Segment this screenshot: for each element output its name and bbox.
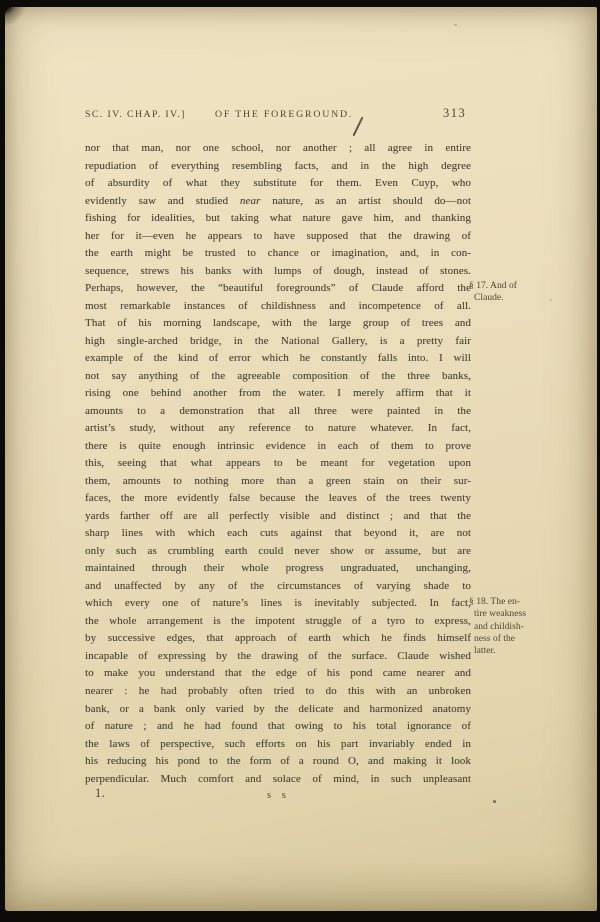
text-line: this, seeing that what appears to be mea…	[85, 455, 471, 473]
margin-note-line: § 17. And of	[469, 280, 577, 292]
header-running-title: OF THE FOREGROUND.	[215, 109, 353, 120]
text-line: only such as crumbling earth could never…	[85, 543, 471, 561]
text-line: of nature ; and he had found that owing …	[85, 718, 471, 736]
header-section-label: SC. IV. CHAP. IV.]	[85, 109, 186, 120]
text-line: nearer : he had probably often tried to …	[85, 683, 471, 701]
text-line: by successive edges, that approach of ea…	[85, 630, 471, 648]
text-line: not say anything of the agreeable compos…	[85, 368, 471, 386]
text-line: amounts to a demonstration that all thre…	[85, 403, 471, 421]
text-line: rising one behind another from the water…	[85, 385, 471, 403]
ink-speck	[454, 24, 457, 26]
text-line: artist’s study, without any reference to…	[85, 420, 471, 438]
text-line: which every one of nature’s lines is ine…	[85, 595, 471, 613]
text-line: bank, or a bank only varied by the delic…	[85, 701, 471, 719]
text-line: his reducing his pond to the form of a r…	[85, 753, 471, 771]
pen-mark	[353, 117, 364, 137]
text-line: example of the kind of error which he co…	[85, 350, 471, 368]
text-line: them, amounts to nothing more than a gre…	[85, 473, 471, 491]
margin-note-17: § 17. And ofClaude.	[469, 280, 577, 305]
text-line: to make you understand that the edge of …	[85, 665, 471, 683]
text-line: her for it—even he appears to have suppo…	[85, 228, 471, 246]
ink-speck	[493, 800, 496, 803]
margin-note-line: latter.	[469, 645, 577, 657]
book-page: SC. IV. CHAP. IV.] OF THE FOREGROUND. 31…	[5, 7, 597, 911]
text-line: repudiation of everything resembling fac…	[85, 158, 471, 176]
margin-note-line: ness of the	[469, 633, 577, 645]
text-line: high single-arched bridge, in the Nation…	[85, 333, 471, 351]
scanned-page-frame: SC. IV. CHAP. IV.] OF THE FOREGROUND. 31…	[0, 0, 600, 922]
footer-volume-number: 1.	[95, 786, 105, 801]
text-line: the laws of perspective, such efforts on…	[85, 736, 471, 754]
footer-signature-mark: s s	[267, 790, 290, 801]
text-line: of absurdity of what they substitute for…	[85, 175, 471, 193]
text-line: faces, the more evidently false because …	[85, 490, 471, 508]
text-line: maintained through their whole progress …	[85, 560, 471, 578]
text-line: sharp lines with which each cuts against…	[85, 525, 471, 543]
margin-note-18: § 18. The en-tire weaknessand childish-n…	[469, 596, 577, 657]
margin-note-line: and childish-	[469, 621, 577, 633]
margin-note-line: § 18. The en-	[469, 596, 577, 608]
text-line: perpendicular. Much comfort and solace o…	[85, 771, 471, 789]
text-line: most remarkable instances of childishnes…	[85, 298, 471, 316]
text-line: there is quite enough intrinsic evidence…	[85, 438, 471, 456]
margin-note-line: tire weakness	[469, 608, 577, 620]
text-line: That of his morning landscape, with the …	[85, 315, 471, 333]
ink-speck	[550, 299, 552, 301]
header-page-number: 313	[443, 106, 466, 121]
text-line: yards farther off are all perfectly visi…	[85, 508, 471, 526]
text-line: incapable of expressing by the drawing o…	[85, 648, 471, 666]
text-line: and unaffected by any of the circumstanc…	[85, 578, 471, 596]
text-line: nor that man, nor one school, nor anothe…	[85, 140, 471, 158]
text-line: the whole arrangement is the impotent st…	[85, 613, 471, 631]
body-text: nor that man, nor one school, nor anothe…	[85, 140, 471, 788]
text-line: sequence, strews his banks with lumps of…	[85, 263, 471, 281]
text-line: Perhaps, however, the “beautiful foregro…	[85, 280, 471, 298]
text-line: evidently saw and studied near nature, a…	[85, 193, 471, 211]
margin-note-line: Claude.	[469, 292, 577, 304]
text-line: the earth might be trusted to chance or …	[85, 245, 471, 263]
text-line: fishing for idealities, but taking what …	[85, 210, 471, 228]
